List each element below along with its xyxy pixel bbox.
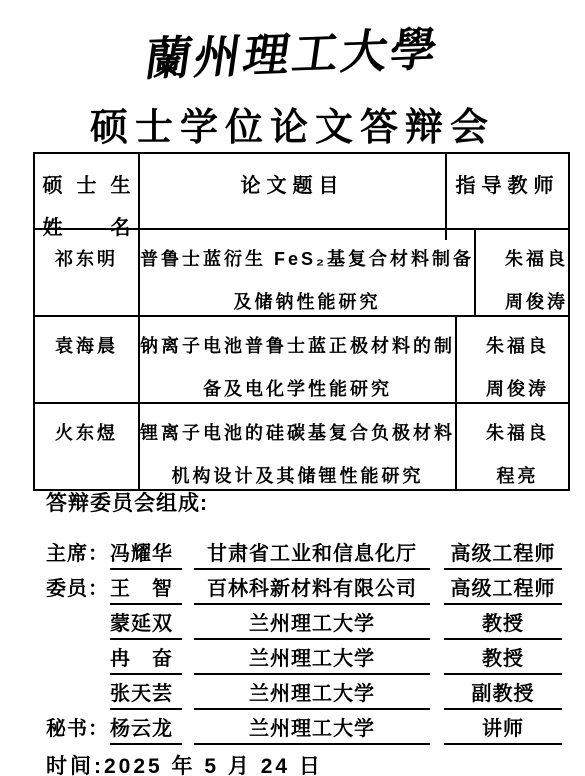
member-title: 副教授: [444, 677, 562, 710]
defense-notice-page: 蘭州理工大學 硕士学位论文答辩会 硕 士 生 姓 名: [0, 0, 585, 776]
advisor-cell: 朱福良 程亮: [457, 404, 578, 489]
member-row: 委员： 王 智 百林科新材料有限公司 高级工程师: [46, 572, 556, 594]
member-name: 蒙延双: [110, 607, 182, 640]
role-label: 秘书：: [46, 712, 110, 741]
student-name-cell: 火东煜: [35, 404, 140, 489]
member-title: 教授: [444, 607, 562, 640]
member-title: 高级工程师: [444, 572, 562, 605]
member-name: 冯耀华: [110, 537, 182, 570]
table-row: 袁海晨 钠离子电池普鲁士蓝正极材料的制 备及电化学性能研究 朱福良 周俊涛: [35, 315, 568, 402]
thesis-title-cell: 普鲁士蓝衍生 FeS₂基复合材料制备 及储钠性能研究: [140, 230, 476, 315]
logo-area: 蘭州理工大學: [0, 0, 585, 94]
thesis-title-cell: 锂离子电池的硅碳基复合负极材料 机构设计及其储锂性能研究: [140, 404, 457, 489]
header-char: 生: [111, 169, 131, 198]
member-row: 冉 奋 兰州理工大学 教授: [46, 642, 556, 664]
table-row: 火东煜 锂离子电池的硅碳基复合负极材料 机构设计及其储锂性能研究 朱福良 程亮: [35, 402, 568, 489]
advisor-cell: 朱福良 周俊涛: [476, 230, 585, 315]
member-affiliation: 百林科新材料有限公司: [194, 572, 430, 605]
header-student-name: 硕 士 生 姓 名: [35, 154, 140, 240]
secretary-row: 秘书： 杨云龙 兰州理工大学 讲师: [46, 712, 556, 734]
page-title: 硕士学位论文答辩会: [0, 96, 585, 151]
member-name: 冉 奋: [110, 642, 182, 675]
member-affiliation: 兰州理工大学: [194, 712, 430, 745]
member-affiliation: 兰州理工大学: [194, 642, 430, 675]
student-name-cell: 祁东明: [35, 230, 140, 315]
header-char: 硕: [43, 169, 63, 198]
member-affiliation: 兰州理工大学: [194, 607, 430, 640]
member-name: 王 智: [110, 572, 182, 605]
student-name-cell: 袁海晨: [35, 317, 140, 402]
role-label: 委员：: [46, 572, 110, 601]
table-header-row: 硕 士 生 姓 名 论文题目 指导教师: [35, 154, 568, 228]
defense-date: 时间:2025 年 5 月 24 日: [46, 750, 556, 776]
university-logo-calligraphy: 蘭州理工大學: [141, 13, 444, 90]
defense-table: 硕 士 生 姓 名 论文题目 指导教师 祁东明: [33, 152, 570, 491]
student-header-line1: 硕 士 生: [43, 169, 131, 198]
header-char: 士: [77, 169, 97, 198]
committee-heading: 答辩委员会组成:: [46, 487, 556, 517]
member-affiliation: 甘肃省工业和信息化厅: [194, 537, 430, 570]
header-thesis-title: 论文题目: [140, 154, 447, 240]
chairman-row: 主席： 冯耀华 甘肃省工业和信息化厅 高级工程师: [46, 537, 556, 559]
member-affiliation: 兰州理工大学: [194, 677, 430, 710]
member-title: 教授: [444, 642, 562, 675]
member-name: 杨云龙: [110, 712, 182, 745]
table-row: 祁东明 普鲁士蓝衍生 FeS₂基复合材料制备 及储钠性能研究 朱福良 周俊涛: [35, 228, 568, 315]
committee-section: 答辩委员会组成: 主席： 冯耀华 甘肃省工业和信息化厅 高级工程师 委员： 王 …: [46, 487, 556, 776]
header-advisor: 指导教师: [447, 154, 568, 240]
role-label: 主席：: [46, 537, 110, 566]
member-title: 高级工程师: [444, 537, 562, 570]
member-name: 张天芸: [110, 677, 182, 710]
member-row: 蒙延双 兰州理工大学 教授: [46, 607, 556, 629]
advisor-cell: 朱福良 周俊涛: [457, 317, 578, 402]
member-row: 张天芸 兰州理工大学 副教授: [46, 677, 556, 699]
thesis-title-cell: 钠离子电池普鲁士蓝正极材料的制 备及电化学性能研究: [140, 317, 457, 402]
member-title: 讲师: [444, 712, 562, 745]
